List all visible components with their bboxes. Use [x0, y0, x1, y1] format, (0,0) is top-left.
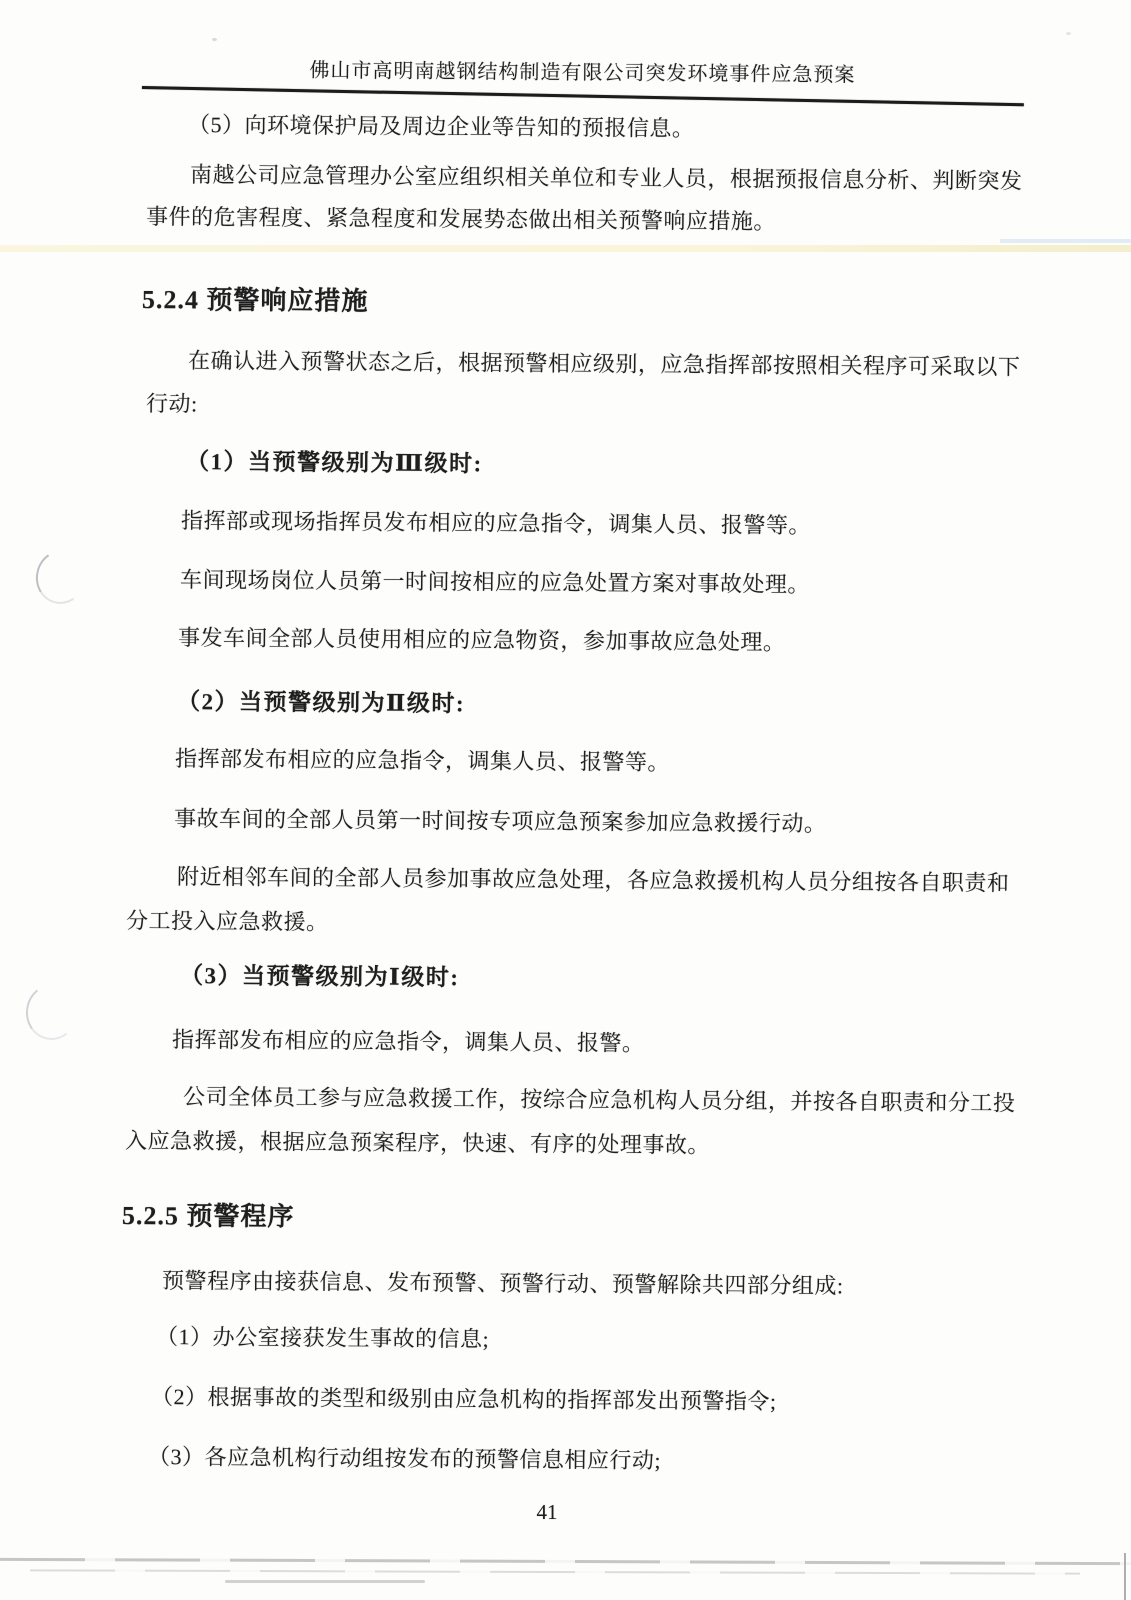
list-item-5: （5）向环境保护局及周边企业等告知的预报信息。	[188, 112, 695, 142]
paragraph-line: 分工投入应急救援。	[126, 908, 329, 936]
paragraph-line: 公司全体员工参与应急救援工作，按综合应急机构人员分组，并按各自职责和分工投	[183, 1084, 1016, 1117]
list-item-1: （1）办公室接获发生事故的信息;	[156, 1324, 489, 1353]
section-heading-5-2-4: 5.2.4 预警响应措施	[142, 284, 369, 317]
punch-hole-arc-bottom	[22, 981, 81, 1044]
paragraph-line: 指挥部发布相应的应急指令，调集人员、报警。	[172, 1027, 645, 1057]
scan-speck	[212, 38, 217, 41]
scanned-document-page: 佛山市高明南越钢结构制造有限公司突发环境事件应急预案 （5）向环境保护局及周边企…	[0, 0, 1131, 1600]
scan-streak	[0, 1558, 1131, 1565]
subheading-level-1: （3）当预警级别为Ⅰ级时:	[180, 962, 460, 992]
header-title: 佛山市高明南越钢结构制造有限公司突发环境事件应急预案	[0, 51, 1131, 90]
header-rule	[142, 86, 1024, 106]
paragraph-line: 在确认进入预警状态之后，根据预警相应级别，应急指挥部按照相关程序可采取以下	[188, 348, 1021, 381]
scan-blue-band	[1000, 239, 1131, 243]
paragraph-line: 指挥部发布相应的应急指令，调集人员、报警等。	[175, 746, 670, 776]
scan-edge-line	[1124, 1553, 1126, 1600]
scan-speck	[1066, 32, 1071, 35]
paragraph-line: 指挥部或现场指挥员发布相应的应急指令，调集人员、报警等。	[181, 508, 811, 539]
section-heading-5-2-5: 5.2.5 预警程序	[122, 1200, 295, 1233]
paragraph-line: 预警程序由接获信息、发布预警、预警行动、预警解除共四部分组成:	[162, 1268, 844, 1300]
paragraph-line: 行动:	[146, 391, 198, 418]
paragraph-line: 车间现场岗位人员第一时间按相应的应急处置方案对事故处理。	[180, 567, 810, 598]
paragraph-line: 事发车间全部人员使用相应的应急物资，参加事故应急处理。	[178, 625, 786, 656]
page-number: 41	[0, 1500, 1094, 1525]
scan-streak	[30, 1569, 1080, 1574]
paragraph-line: 事件的危害程度、紧急程度和发展势态做出相关预警响应措施。	[146, 204, 776, 235]
subheading-level-3: （1）当预警级别为Ⅲ级时:	[186, 448, 483, 478]
paragraph-line: 事故车间的全部人员第一时间按专项应急预案参加应急救援行动。	[174, 806, 827, 838]
scan-yellow-band	[0, 245, 1131, 252]
paragraph-line: 南越公司应急管理办公室应组织相关单位和专业人员，根据预报信息分析、判断突发	[190, 162, 1023, 195]
list-item-3: （3）各应急机构行动组按发布的预警信息相应行动;	[148, 1444, 661, 1474]
paragraph-line: 入应急救援，根据应急预案程序，快速、有序的处理事故。	[125, 1128, 710, 1159]
list-item-2: （2）根据事故的类型和级别由应急机构的指挥部发出预警指令;	[151, 1384, 777, 1415]
scan-streak	[225, 1580, 425, 1583]
punch-hole-arc-top	[31, 545, 91, 608]
paragraph-line: 附近相邻车间的全部人员参加事故应急处理，各应急救援机构人员分组按各自职责和	[177, 864, 1010, 897]
subheading-level-2: （2）当预警级别为Ⅱ级时:	[177, 688, 465, 718]
